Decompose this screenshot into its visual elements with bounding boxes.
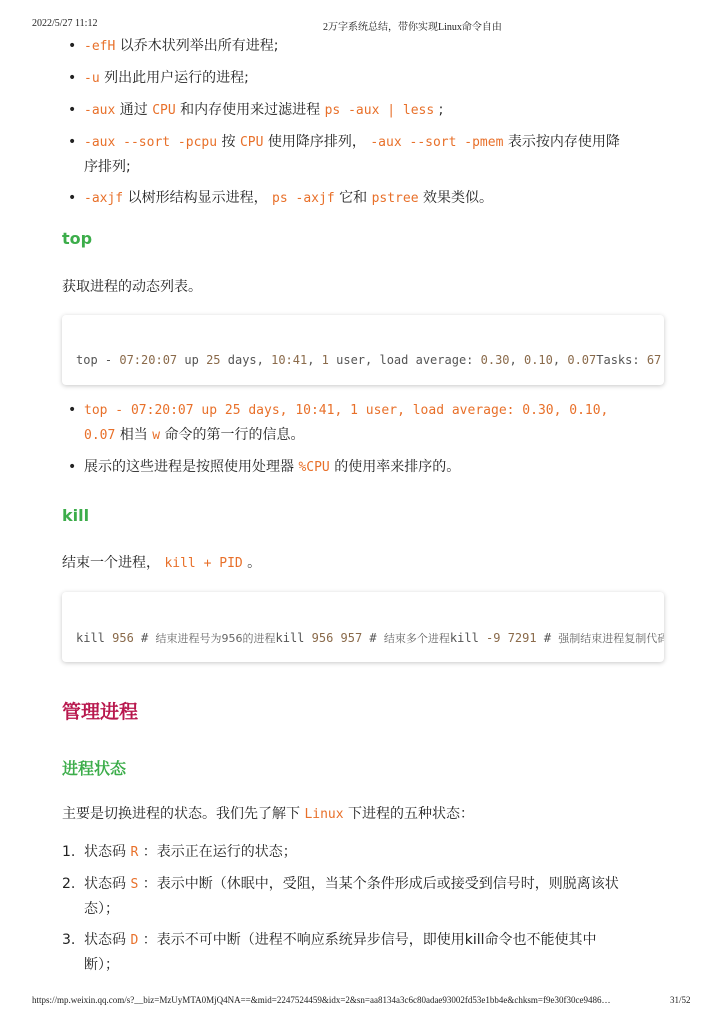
inline-code: -aux --sort -pcpu bbox=[84, 135, 217, 150]
list-item: -efH 以乔木状列举出所有进程; bbox=[62, 34, 620, 59]
inline-code: -u bbox=[84, 71, 100, 86]
print-date: 2022/5/27 11:12 bbox=[32, 18, 97, 29]
heading-top: top bbox=[62, 229, 92, 248]
kill-description: 结束一个进程， kill + PID 。 bbox=[62, 552, 261, 575]
list-item: -aux 通过 CPU 和内存使用来过滤进程 ps -aux | less ; bbox=[62, 98, 620, 123]
list-item: -axjf 以树形结构显示进程， ps -axjf 它和 pstree 效果类似… bbox=[62, 186, 620, 211]
print-title: 2万字系统总结，带你实现Linux命令自由 bbox=[323, 18, 502, 33]
code-block-kill: kill 956 # 结束进程号为956的进程kill 956 957 # 结束… bbox=[62, 592, 664, 662]
list-item: 展示的这些进程是按照使用处理器 %CPU 的使用率来排序的。 bbox=[62, 455, 608, 480]
code-block-top: top - 07:20:07 up 25 days, 10:41, 1 user… bbox=[62, 315, 664, 385]
page-url: https://mp.weixin.qq.com/s?__biz=MzUyMTA… bbox=[32, 995, 610, 1005]
list-item: 1.状态码 R ：表示正在运行的状态； bbox=[62, 840, 619, 865]
ps-options-list: -efH 以乔木状列举出所有进程; -u 列出此用户运行的进程; -aux 通过… bbox=[62, 34, 620, 211]
list-item: 3.状态码 D ：表示不可中断（进程不响应系统异步信号，即使用kill命令也不能… bbox=[62, 928, 619, 977]
state-intro: 主要是切换进程的状态。我们先了解下 Linux 下进程的五种状态： bbox=[62, 803, 474, 826]
heading-kill: kill bbox=[62, 506, 89, 525]
state-list: 1.状态码 R ：表示正在运行的状态； 2.状态码 S ：表示中断（休眠中，受阻… bbox=[62, 840, 619, 977]
code-line: top - 07:20:07 up 25 days, 10:41, 1 user… bbox=[76, 353, 664, 367]
inline-code: -axjf bbox=[84, 191, 123, 206]
page-number: 31/52 bbox=[670, 995, 691, 1005]
list-item: -u 列出此用户运行的进程; bbox=[62, 66, 620, 91]
heading-process-state: 进程状态 bbox=[62, 756, 126, 779]
list-item: top - 07:20:07 up 25 days, 10:41, 1 user… bbox=[62, 398, 608, 448]
list-item: 2.状态码 S ：表示中断（休眠中，受阻，当某个条件形成后或接受到信号时，则脱离… bbox=[62, 872, 619, 921]
top-description: 获取进程的动态列表。 bbox=[62, 276, 202, 298]
top-notes-list: top - 07:20:07 up 25 days, 10:41, 1 user… bbox=[62, 398, 608, 480]
inline-code: -efH bbox=[84, 39, 115, 54]
inline-code: -aux bbox=[84, 103, 115, 118]
list-item: -aux --sort -pcpu 按 CPU 使用降序排列， -aux --s… bbox=[62, 130, 620, 179]
heading-manage-process: 管理进程 bbox=[62, 697, 138, 724]
code-line: kill 956 # 结束进程号为956的进程kill 956 957 # 结束… bbox=[76, 630, 664, 646]
